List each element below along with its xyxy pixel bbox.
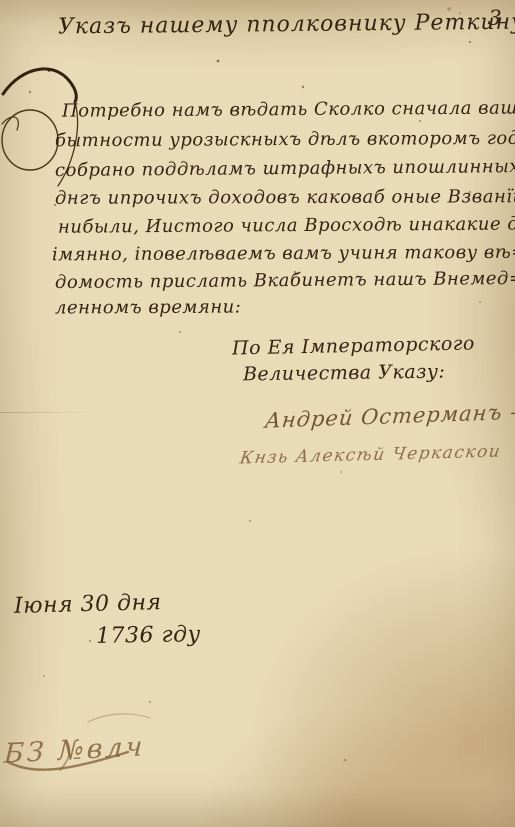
- manuscript-page: 3 Указъ нашему пполковнику Реткину: Потр…: [0, 0, 515, 827]
- ink-specks: [0, 0, 515, 827]
